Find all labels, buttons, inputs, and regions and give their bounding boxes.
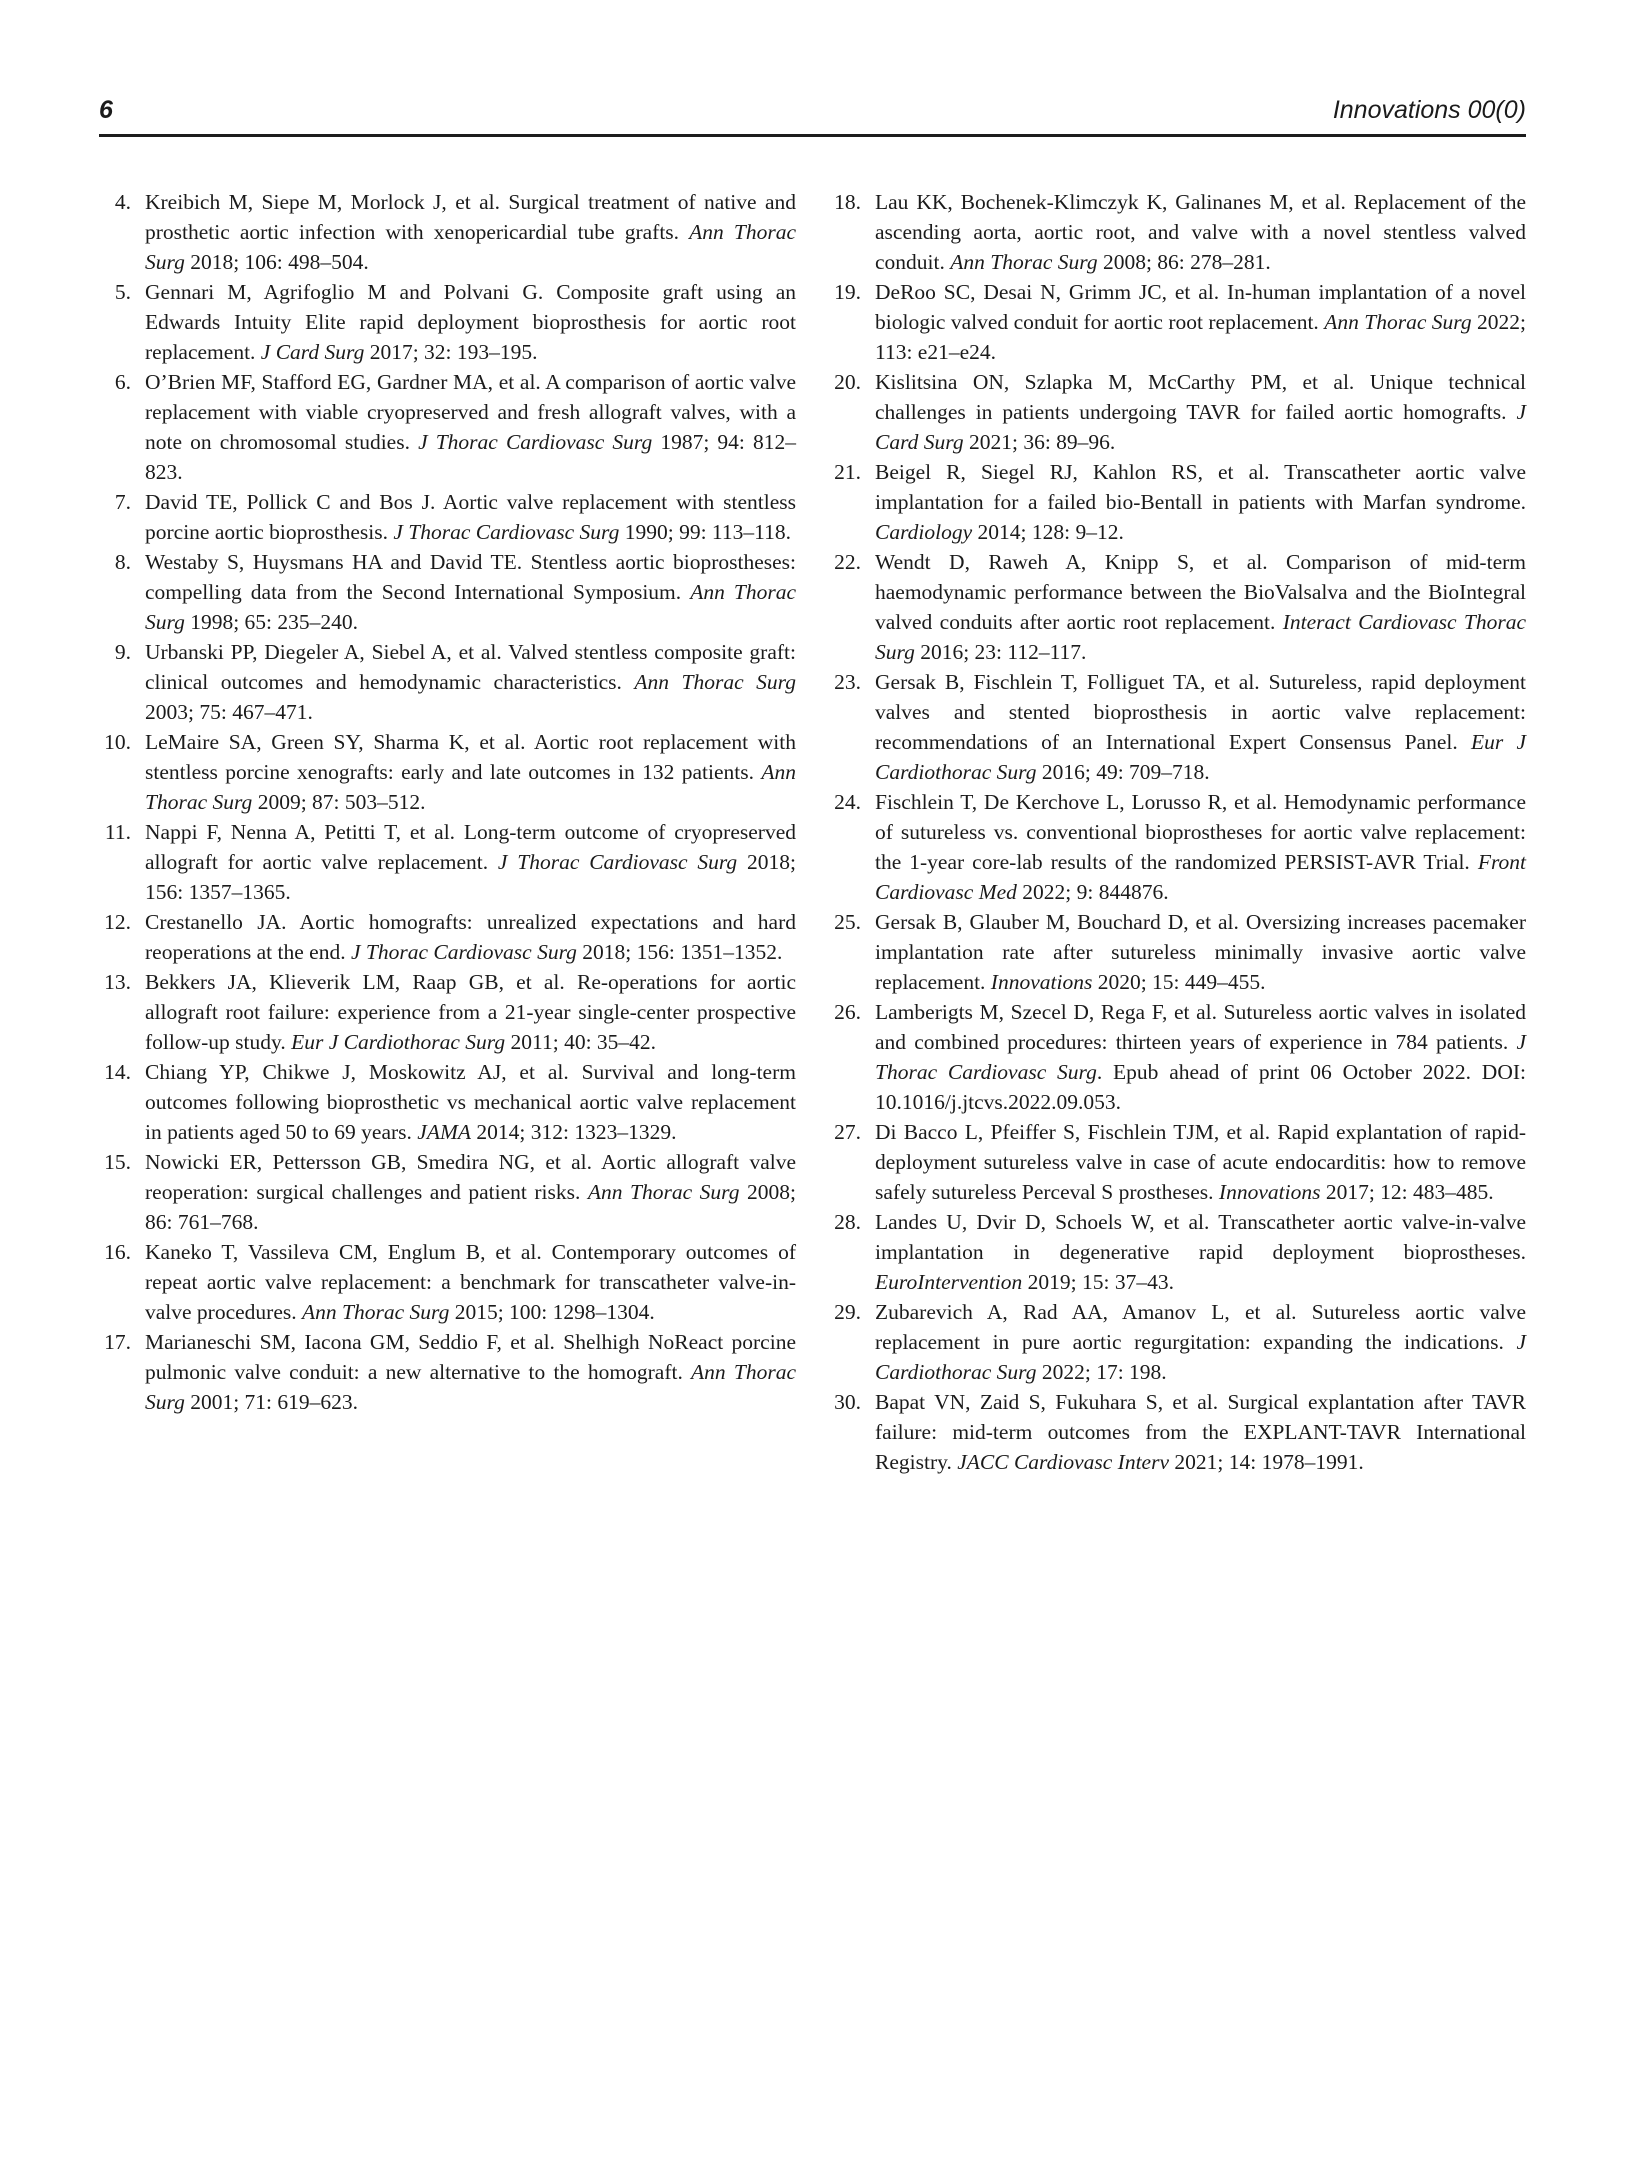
journal-name: J Thorac Cardiovasc Surg [498, 850, 737, 874]
journal-name: Ann Thorac Surg [1324, 310, 1471, 334]
reference-text: Lamberigts M, Szecel D, Rega F, et al. S… [875, 1000, 1526, 1114]
reference-segment: 2015; 100: 1298–1304. [449, 1300, 654, 1324]
reference-item: 7.David TE, Pollick C and Bos J. Aortic … [99, 487, 796, 547]
journal-name: J Thorac Cardiovasc Surg [351, 940, 577, 964]
reference-item: 28.Landes U, Dvir D, Schoels W, et al. T… [829, 1207, 1526, 1297]
reference-number: 4. [99, 187, 131, 217]
journal-name: Ann Thorac Surg [950, 250, 1097, 274]
reference-text: Gersak B, Fischlein T, Folliguet TA, et … [875, 670, 1526, 784]
reference-number: 27. [829, 1117, 861, 1147]
reference-text: Fischlein T, De Kerchove L, Lorusso R, e… [875, 790, 1526, 904]
reference-number: 14. [99, 1057, 131, 1087]
reference-text: Zubarevich A, Rad AA, Amanov L, et al. S… [875, 1300, 1526, 1384]
reference-number: 10. [99, 727, 131, 757]
reference-text: Bapat VN, Zaid S, Fukuhara S, et al. Sur… [875, 1390, 1526, 1474]
reference-number: 8. [99, 547, 131, 577]
reference-number: 13. [99, 967, 131, 997]
reference-segment: 2022; 17: 198. [1036, 1360, 1166, 1384]
reference-item: 4.Kreibich M, Siepe M, Morlock J, et al.… [99, 187, 796, 277]
reference-segment: 1998; 65: 235–240. [185, 610, 358, 634]
reference-item: 25.Gersak B, Glauber M, Bouchard D, et a… [829, 907, 1526, 997]
reference-number: 30. [829, 1387, 861, 1417]
reference-item: 20.Kislitsina ON, Szlapka M, McCarthy PM… [829, 367, 1526, 457]
reference-number: 26. [829, 997, 861, 1027]
reference-item: 10.LeMaire SA, Green SY, Sharma K, et al… [99, 727, 796, 817]
reference-text: DeRoo SC, Desai N, Grimm JC, et al. In-h… [875, 280, 1526, 364]
reference-number: 16. [99, 1237, 131, 1267]
reference-number: 19. [829, 277, 861, 307]
reference-text: Kaneko T, Vassileva CM, Englum B, et al.… [145, 1240, 796, 1324]
reference-text: Lau KK, Bochenek-Klimczyk K, Galinanes M… [875, 190, 1526, 274]
reference-segment: Fischlein T, De Kerchove L, Lorusso R, e… [875, 790, 1526, 874]
journal-name: Ann Thorac Surg [302, 1300, 449, 1324]
page-header: 6 Innovations 00(0) [99, 0, 1526, 137]
reference-number: 9. [99, 637, 131, 667]
reference-segment: 2019; 15: 37–43. [1022, 1270, 1174, 1294]
reference-segment: 2018; 106: 498–504. [185, 250, 369, 274]
reference-number: 24. [829, 787, 861, 817]
reference-segment: Zubarevich A, Rad AA, Amanov L, et al. S… [875, 1300, 1526, 1354]
reference-text: Kislitsina ON, Szlapka M, McCarthy PM, e… [875, 370, 1526, 454]
journal-name: JAMA [417, 1120, 471, 1144]
reference-item: 16.Kaneko T, Vassileva CM, Englum B, et … [99, 1237, 796, 1327]
reference-number: 21. [829, 457, 861, 487]
reference-item: 5.Gennari M, Agrifoglio M and Polvani G.… [99, 277, 796, 367]
reference-text: Gennari M, Agrifoglio M and Polvani G. C… [145, 280, 796, 364]
reference-segment: Kislitsina ON, Szlapka M, McCarthy PM, e… [875, 370, 1526, 424]
reference-number: 29. [829, 1297, 861, 1327]
reference-text: LeMaire SA, Green SY, Sharma K, et al. A… [145, 730, 796, 814]
reference-text: Crestanello JA. Aortic homografts: unrea… [145, 910, 796, 964]
journal-name: Ann Thorac Surg [588, 1180, 740, 1204]
reference-segment: 2008; 86: 278–281. [1098, 250, 1271, 274]
reference-segment: 2009; 87: 503–512. [252, 790, 425, 814]
journal-page: 6 Innovations 00(0) 4.Kreibich M, Siepe … [0, 0, 1625, 2175]
journal-name: JACC Cardiovasc Interv [957, 1450, 1169, 1474]
reference-text: Marianeschi SM, Iacona GM, Seddio F, et … [145, 1330, 796, 1414]
reference-item: 21.Beigel R, Siegel RJ, Kahlon RS, et al… [829, 457, 1526, 547]
reference-segment: 2022; 9: 844876. [1017, 880, 1169, 904]
reference-segment: 2016; 23: 112–117. [915, 640, 1087, 664]
reference-text: Chiang YP, Chikwe J, Moskowitz AJ, et al… [145, 1060, 796, 1144]
page-number: 6 [99, 98, 113, 123]
references-column-right: 18.Lau KK, Bochenek-Klimczyk K, Galinane… [829, 187, 1526, 1477]
reference-item: 29.Zubarevich A, Rad AA, Amanov L, et al… [829, 1297, 1526, 1387]
journal-name: J Thorac Cardiovasc Surg [418, 430, 652, 454]
reference-segment: 2016; 49: 709–718. [1036, 760, 1209, 784]
reference-item: 23.Gersak B, Fischlein T, Folliguet TA, … [829, 667, 1526, 787]
reference-segment: 2014; 312: 1323–1329. [471, 1120, 676, 1144]
journal-name: J Thorac Cardiovasc Surg [393, 520, 619, 544]
reference-text: Nappi F, Nenna A, Petitti T, et al. Long… [145, 820, 796, 904]
reference-text: Nowicki ER, Pettersson GB, Smedira NG, e… [145, 1150, 796, 1234]
reference-item: 30.Bapat VN, Zaid S, Fukuhara S, et al. … [829, 1387, 1526, 1477]
reference-segment: 2021; 14: 1978–1991. [1169, 1450, 1364, 1474]
reference-segment: Landes U, Dvir D, Schoels W, et al. Tran… [875, 1210, 1526, 1264]
reference-item: 24.Fischlein T, De Kerchove L, Lorusso R… [829, 787, 1526, 907]
reference-text: O’Brien MF, Stafford EG, Gardner MA, et … [145, 370, 796, 484]
journal-name: Ann Thorac Surg [634, 670, 796, 694]
reference-item: 17.Marianeschi SM, Iacona GM, Seddio F, … [99, 1327, 796, 1417]
references-section: 4.Kreibich M, Siepe M, Morlock J, et al.… [99, 187, 1526, 1477]
reference-segment: 2021; 36: 89–96. [964, 430, 1116, 454]
reference-number: 20. [829, 367, 861, 397]
reference-segment: 2014; 128: 9–12. [972, 520, 1124, 544]
journal-name: Innovations [991, 970, 1093, 994]
journal-name: EuroIntervention [875, 1270, 1022, 1294]
reference-segment: 2020; 15: 449–455. [1092, 970, 1265, 994]
journal-running-head: Innovations 00(0) [1333, 98, 1526, 123]
reference-segment: 2018; 156: 1351–1352. [577, 940, 782, 964]
journal-name: Eur J Cardiothorac Surg [291, 1030, 505, 1054]
reference-segment: 2017; 32: 193–195. [364, 340, 537, 364]
reference-text: Kreibich M, Siepe M, Morlock J, et al. S… [145, 190, 796, 274]
reference-text: Westaby S, Huysmans HA and David TE. Ste… [145, 550, 796, 634]
reference-item: 18.Lau KK, Bochenek-Klimczyk K, Galinane… [829, 187, 1526, 277]
reference-item: 27.Di Bacco L, Pfeiffer S, Fischlein TJM… [829, 1117, 1526, 1207]
journal-name: Cardiology [875, 520, 972, 544]
reference-item: 9.Urbanski PP, Diegeler A, Siebel A, et … [99, 637, 796, 727]
reference-segment: Gersak B, Fischlein T, Folliguet TA, et … [875, 670, 1526, 754]
reference-segment: Beigel R, Siegel RJ, Kahlon RS, et al. T… [875, 460, 1526, 514]
reference-number: 28. [829, 1207, 861, 1237]
journal-name: Innovations [1219, 1180, 1321, 1204]
reference-text: Urbanski PP, Diegeler A, Siebel A, et al… [145, 640, 796, 724]
reference-segment: LeMaire SA, Green SY, Sharma K, et al. A… [145, 730, 796, 784]
reference-number: 17. [99, 1327, 131, 1357]
reference-text: Beigel R, Siegel RJ, Kahlon RS, et al. T… [875, 460, 1526, 544]
reference-item: 26.Lamberigts M, Szecel D, Rega F, et al… [829, 997, 1526, 1117]
reference-text: Landes U, Dvir D, Schoels W, et al. Tran… [875, 1210, 1526, 1294]
reference-segment: 1990; 99: 113–118. [619, 520, 791, 544]
reference-segment: 2011; 40: 35–42. [505, 1030, 656, 1054]
reference-text: Bekkers JA, Klieverik LM, Raap GB, et al… [145, 970, 796, 1054]
reference-item: 15.Nowicki ER, Pettersson GB, Smedira NG… [99, 1147, 796, 1237]
reference-text: David TE, Pollick C and Bos J. Aortic va… [145, 490, 796, 544]
reference-item: 19.DeRoo SC, Desai N, Grimm JC, et al. I… [829, 277, 1526, 367]
reference-item: 8.Westaby S, Huysmans HA and David TE. S… [99, 547, 796, 637]
reference-item: 12.Crestanello JA. Aortic homografts: un… [99, 907, 796, 967]
reference-item: 6.O’Brien MF, Stafford EG, Gardner MA, e… [99, 367, 796, 487]
reference-number: 22. [829, 547, 861, 577]
reference-segment: 2003; 75: 467–471. [145, 700, 313, 724]
reference-number: 15. [99, 1147, 131, 1177]
references-column-left: 4.Kreibich M, Siepe M, Morlock J, et al.… [99, 187, 796, 1477]
reference-item: 14.Chiang YP, Chikwe J, Moskowitz AJ, et… [99, 1057, 796, 1147]
reference-text: Gersak B, Glauber M, Bouchard D, et al. … [875, 910, 1526, 994]
reference-number: 11. [99, 817, 131, 847]
reference-number: 25. [829, 907, 861, 937]
reference-number: 12. [99, 907, 131, 937]
reference-item: 13.Bekkers JA, Klieverik LM, Raap GB, et… [99, 967, 796, 1057]
reference-segment: 2017; 12: 483–485. [1320, 1180, 1493, 1204]
reference-number: 18. [829, 187, 861, 217]
reference-number: 23. [829, 667, 861, 697]
reference-text: Di Bacco L, Pfeiffer S, Fischlein TJM, e… [875, 1120, 1526, 1204]
reference-number: 7. [99, 487, 131, 517]
reference-segment: 2001; 71: 619–623. [185, 1390, 358, 1414]
journal-name: J Card Surg [261, 340, 365, 364]
reference-item: 11.Nappi F, Nenna A, Petitti T, et al. L… [99, 817, 796, 907]
reference-segment: Lamberigts M, Szecel D, Rega F, et al. S… [875, 1000, 1526, 1054]
reference-number: 6. [99, 367, 131, 397]
reference-number: 5. [99, 277, 131, 307]
reference-text: Wendt D, Raweh A, Knipp S, et al. Compar… [875, 550, 1526, 664]
reference-item: 22.Wendt D, Raweh A, Knipp S, et al. Com… [829, 547, 1526, 667]
